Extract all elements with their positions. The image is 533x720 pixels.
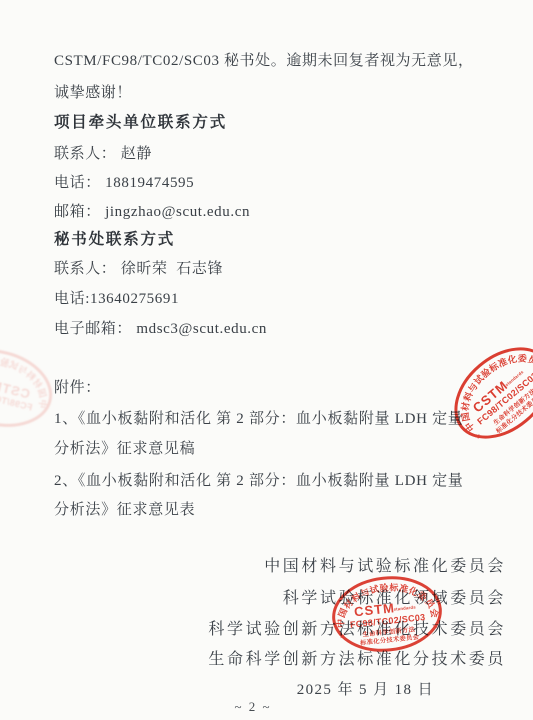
contact-email-line: 邮箱： jingzhao@scut.edu.cn <box>54 203 250 221</box>
svg-text:★: ★ <box>339 632 346 640</box>
document-page: CSTM/FC98/TC02/SC03 秘书处。逾期未回复者视为无意见， 诚挚感… <box>0 0 533 720</box>
attachment-line: 2、《血小板黏附和活化 第 2 部分：血小板黏附量 LDH 定量 <box>54 472 463 490</box>
contact-phone-line: 电话:13640275691 <box>54 290 179 308</box>
attachment-line: 分析法》征求意见稿 <box>54 440 195 458</box>
svg-text:★: ★ <box>474 432 483 441</box>
paragraph-line: CSTM/FC98/TC02/SC03 秘书处。逾期未回复者视为无意见， <box>54 52 474 70</box>
attachments-label: 附件： <box>54 379 101 397</box>
cstm-seal-bleedthrough-icon: 中国材料与试验标准化委员会 CSTM FC98/TC02/SC03 <box>0 338 62 439</box>
attachment-line: 分析法》征求意见表 <box>54 501 195 519</box>
contact-email-line: 电子邮箱： mdsc3@scut.edu.cn <box>54 320 267 338</box>
contact-person-line: 联系人： 徐昕荣 石志锋 <box>54 260 223 278</box>
contact-person-line: 联系人： 赵静 <box>54 145 152 163</box>
signature-date: 2025 年 5 月 18 日 <box>297 678 434 699</box>
attachment-line: 1、《血小板黏附和活化 第 2 部分：血小板黏附量 LDH 定量 <box>54 410 463 428</box>
page-number: ~ 2 ~ <box>0 699 506 715</box>
secretariat-heading: 秘书处联系方式 <box>54 231 175 249</box>
signature-line: 中国材料与试验标准化委员会 <box>264 557 506 576</box>
lead-contact-heading: 项目牵头单位联系方式 <box>54 114 227 132</box>
svg-text:standards: standards <box>393 604 416 611</box>
contact-phone-line: 电话： 18819474595 <box>54 174 194 192</box>
paragraph-line: 诚挚感谢！ <box>54 84 132 102</box>
cstm-seal-right-icon: 中国材料与试验标准化委员会 ★ ★ CSTM standards FC98/TC… <box>436 328 533 458</box>
cstm-seal-icon: 中国材料与试验标准化委员会 ★ ★ CSTM standards FC98/TC… <box>327 570 446 657</box>
